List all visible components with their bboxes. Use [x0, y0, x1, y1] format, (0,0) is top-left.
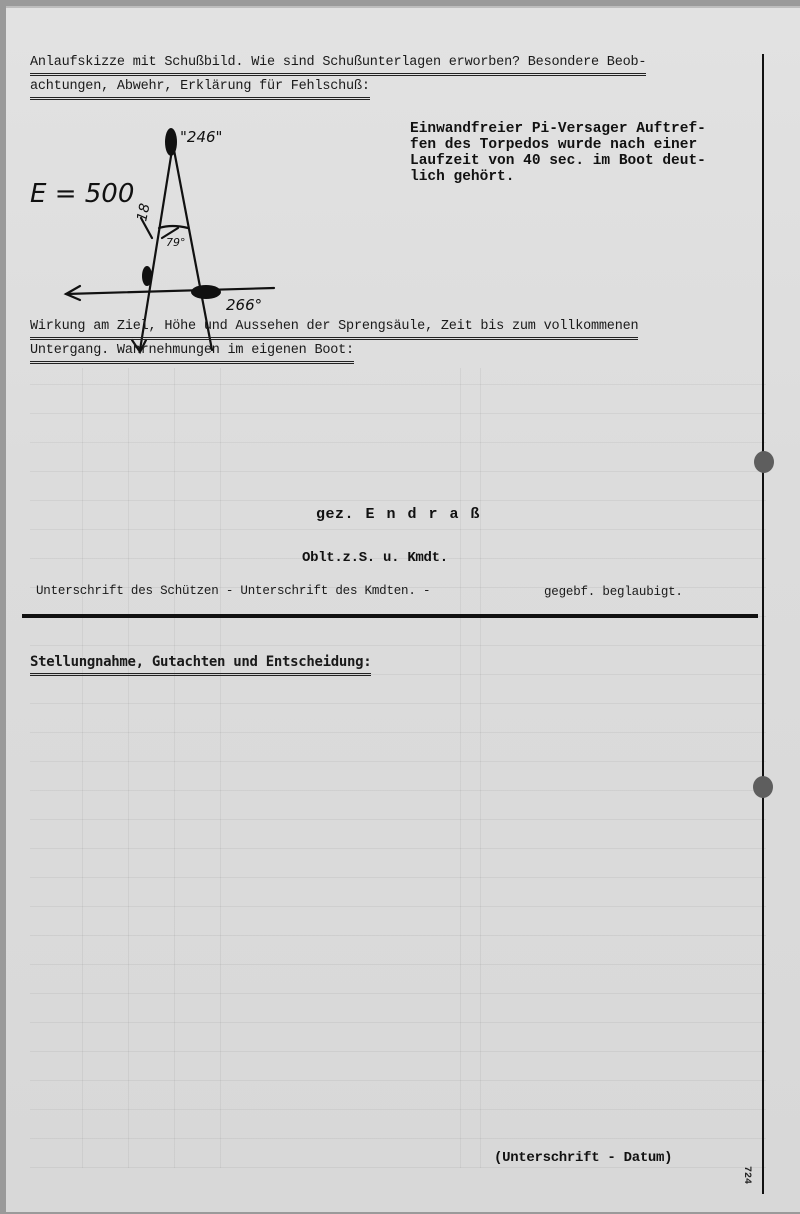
- sketch-heading-line: achtungen, Abwehr, Erklärung für Fehlsch…: [30, 76, 370, 100]
- target-course-label: "246": [180, 128, 222, 146]
- margin-page-mark: 724: [741, 1166, 752, 1184]
- signature-caption: Unterschrift des Schützen - Unterschrift…: [36, 584, 736, 598]
- uboat-icon: [191, 285, 221, 299]
- signatory-rank: Oblt.z.S. u. Kmdt.: [302, 550, 448, 566]
- sketch-heading: Anlaufskizze mit Schußbild. Wie sind Sch…: [30, 52, 646, 100]
- bleed-through-grid: [30, 368, 766, 1168]
- decision-heading-text: Stellungnahme, Gutachten und Entscheidun…: [30, 652, 371, 676]
- target-ship-icon: [165, 128, 177, 156]
- observation-note: Einwandfreier Pi-Versager Auftref-fen de…: [410, 121, 770, 185]
- angle-inner-label: 79°: [166, 236, 186, 249]
- sketch-heading-line: Anlaufskizze mit Schußbild. Wie sind Sch…: [30, 52, 646, 76]
- angle-side-label: 18: [134, 202, 153, 223]
- note-line: lich gehört.: [410, 169, 770, 185]
- decision-heading: Stellungnahme, Gutachten und Entscheidun…: [30, 652, 371, 676]
- punch-hole: [753, 776, 773, 798]
- effect-heading-line: Untergang. Wahrnehmungen im eigenen Boot…: [30, 340, 354, 364]
- punch-hole: [754, 451, 774, 473]
- right-margin-rule: [762, 54, 764, 1194]
- note-line: Einwandfreier Pi-Versager Auftref-: [410, 121, 770, 137]
- section-divider: [22, 614, 758, 618]
- signature-caption-right: gegebf. beglaubigt.: [544, 585, 683, 599]
- torpedo-icon: [142, 266, 152, 286]
- range-label: E = 500: [30, 179, 134, 209]
- signature-date-label: (Unterschrift - Datum): [494, 1150, 672, 1166]
- signature-caption-left: Unterschrift des Schützen - Unterschrift…: [36, 584, 430, 598]
- effect-heading-line: Wirkung am Ziel, Höhe und Aussehen der S…: [30, 316, 638, 340]
- effect-heading: Wirkung am Ziel, Höhe und Aussehen der S…: [30, 316, 638, 364]
- note-line: Laufzeit von 40 sec. im Boot deut-: [410, 153, 770, 169]
- signatory-name: gez. E n d r a ß: [316, 506, 480, 523]
- heading-label: 266°: [226, 296, 262, 314]
- note-line: fen des Torpedos wurde nach einer: [410, 137, 770, 153]
